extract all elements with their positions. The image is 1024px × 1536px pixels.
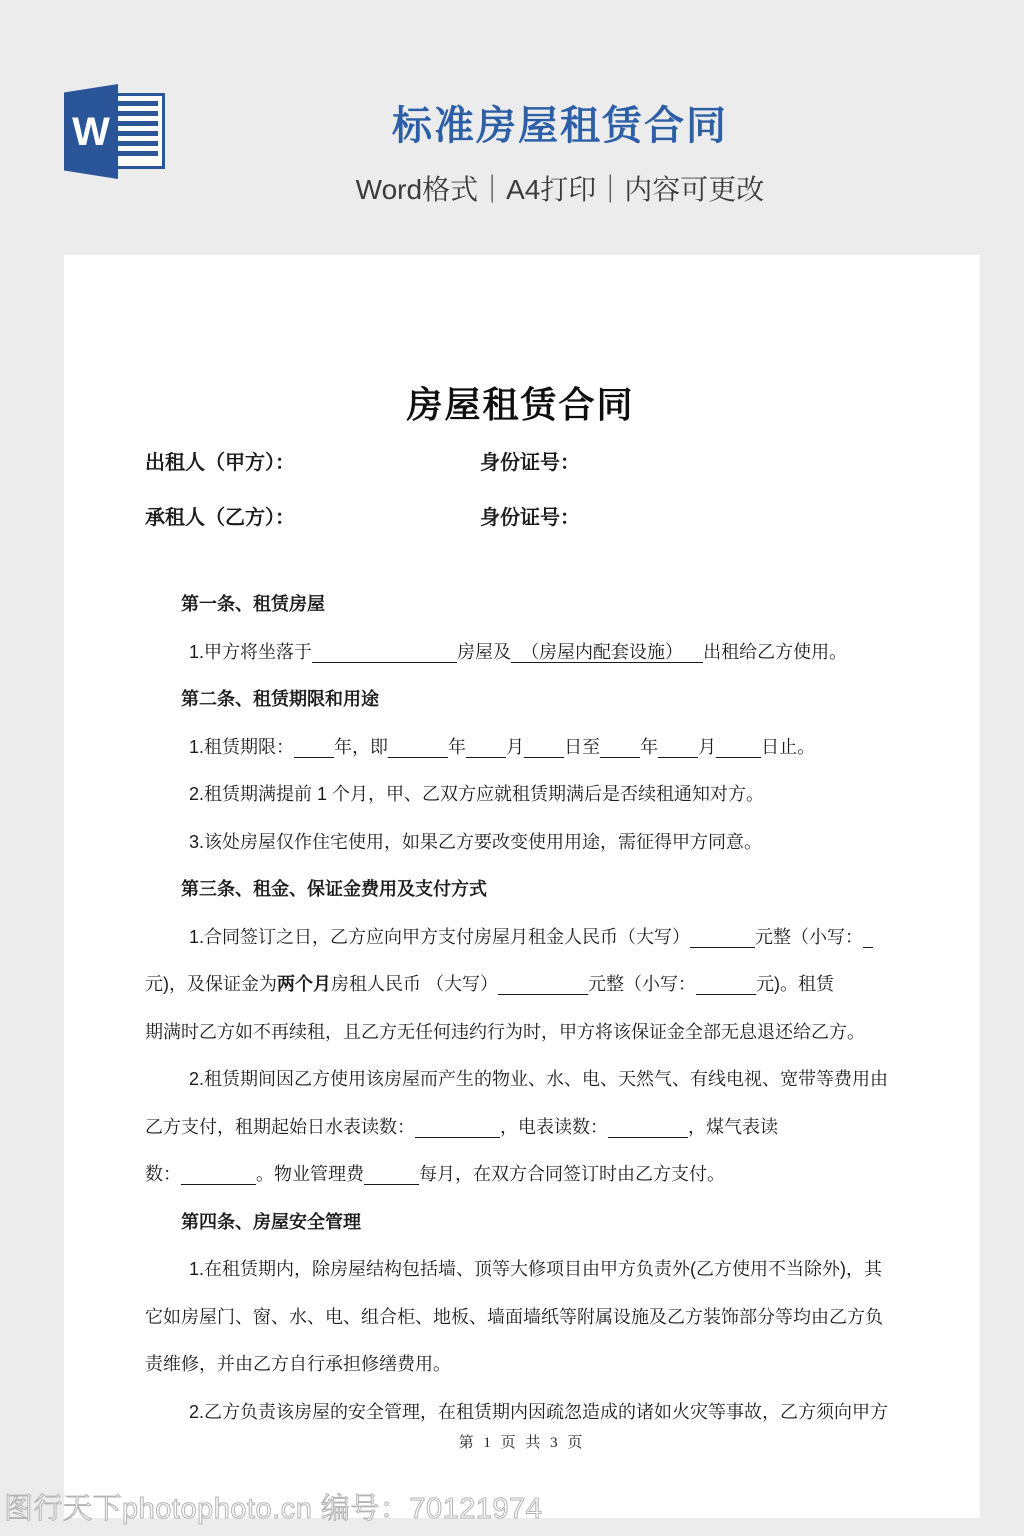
contract-text: 元整（小写： bbox=[588, 974, 696, 994]
contract-text: 两个月 bbox=[277, 974, 331, 994]
fill-in-blank bbox=[415, 1117, 500, 1138]
contract-line: 2.租赁期满提前 1 个月，甲、乙双方应就租赁期满后是否续租通知对方。 bbox=[145, 771, 896, 819]
contract-text: 元整（小写： bbox=[755, 927, 863, 947]
contract-text: 。物业管理费 bbox=[256, 1164, 364, 1184]
contract-text: 房屋及 bbox=[457, 642, 511, 662]
contract-text: 元)，及保证金为 bbox=[145, 974, 277, 994]
header: W 标准房屋租赁合同 Word格式｜A4打印｜内容可更改 bbox=[0, 0, 1024, 255]
contract-line: 它如房屋门、窗、水、电、组合柜、地板、墙面墙纸等附属设施及乙方装饰部分等均由乙方… bbox=[145, 1294, 896, 1342]
contract-text: 1.在租赁期内，除房屋结构包括墙、顶等大修项目由甲方负责外(乙方使用不当除外)，… bbox=[189, 1259, 882, 1279]
contract-text: 月 bbox=[698, 737, 716, 757]
contract-text: 2.租赁期间因乙方使用该房屋而产生的物业、水、电、天然气、有线电视、宽带等费用由 bbox=[189, 1069, 888, 1089]
contract-text: 日至 bbox=[564, 737, 600, 757]
contract-section-heading: 第二条、租赁期限和用途 bbox=[145, 676, 896, 724]
contract-line: 2.乙方负责该房屋的安全管理，在租赁期内因疏忽造成的诸如火灾等事故，乙方须向甲方 bbox=[145, 1389, 896, 1437]
lessee-id-label: 身份证号： bbox=[480, 505, 580, 531]
fill-in-blank bbox=[690, 927, 755, 948]
template-subtitle: Word格式｜A4打印｜内容可更改 bbox=[96, 168, 1024, 208]
contract-text: 期满时乙方如不再续租，且乙方无任何违约行为时，甲方将该保证金全部无息退还给乙方。 bbox=[145, 1022, 865, 1042]
contract-text: 2.租赁期满提前 1 个月，甲、乙双方应就租赁期满后是否续租通知对方。 bbox=[189, 784, 764, 804]
contract-text: 年 bbox=[448, 737, 466, 757]
template-title: 标准房屋租赁合同 bbox=[96, 94, 1024, 151]
document-page: 房屋租赁合同 出租人（甲方）： 身份证号： 承租人（乙方）： 身份证号： 第一条… bbox=[64, 255, 980, 1518]
contract-text: 第四条、房屋安全管理 bbox=[181, 1212, 361, 1232]
contract-line: 1.租赁期限： 年，即 年 月 日至 年 月 日止。 bbox=[145, 724, 896, 772]
fill-in-blank bbox=[294, 737, 334, 758]
contract-title: 房屋租赁合同 bbox=[145, 383, 896, 427]
contract-text: ，煤气表读 bbox=[688, 1117, 778, 1137]
fill-in-blank bbox=[658, 737, 698, 758]
contract-text: 年 bbox=[640, 737, 658, 757]
party-row-lessor: 出租人（甲方）： 身份证号： bbox=[145, 450, 896, 476]
contract-text: 每月，在双方合同签订时由乙方支付。 bbox=[419, 1164, 725, 1184]
contract-text: 第二条、租赁期限和用途 bbox=[181, 689, 379, 709]
fill-in-blank bbox=[388, 737, 448, 758]
fill-in-blank: （房屋内配套设施） bbox=[521, 642, 683, 663]
contract-text: 月 bbox=[506, 737, 524, 757]
contract-line: 1.甲方将坐落于 房屋及 （房屋内配套设施） 出租给乙方使用。 bbox=[145, 629, 896, 677]
contract-text: 房租人民币 （大写） bbox=[331, 974, 498, 994]
fill-in-blank bbox=[511, 642, 521, 663]
header-text: 标准房屋租赁合同 Word格式｜A4打印｜内容可更改 bbox=[0, 94, 1024, 208]
party-row-lessee: 承租人（乙方）： 身份证号： bbox=[145, 505, 896, 531]
fill-in-blank bbox=[696, 974, 756, 995]
contract-line: 1.合同签订之日，乙方应向甲方支付房屋月租金人民币（大写） 元整（小写： bbox=[145, 914, 896, 962]
contract-text: 3.该处房屋仅作住宅使用，如果乙方要改变使用用途，需征得甲方同意。 bbox=[189, 832, 762, 852]
fill-in-blank bbox=[524, 737, 564, 758]
lessor-id-label: 身份证号： bbox=[480, 450, 580, 476]
contract-text: ，电表读数： bbox=[500, 1117, 608, 1137]
contract-text: 它如房屋门、窗、水、电、组合柜、地板、墙面墙纸等附属设施及乙方装饰部分等均由乙方… bbox=[145, 1307, 883, 1327]
contract-section-heading: 第一条、租赁房屋 bbox=[145, 581, 896, 629]
fill-in-blank bbox=[466, 737, 506, 758]
lessee-label: 承租人（乙方）： bbox=[145, 505, 480, 531]
lessor-label: 出租人（甲方）： bbox=[145, 450, 480, 476]
fill-in-blank bbox=[364, 1164, 419, 1185]
contract-section-heading: 第三条、租金、保证金费用及支付方式 bbox=[145, 866, 896, 914]
fill-in-blank bbox=[683, 642, 703, 663]
contract-text: 数： bbox=[145, 1164, 181, 1184]
contract-line: 元)，及保证金为两个月房租人民币 （大写） 元整（小写： 元)。租赁 bbox=[145, 961, 896, 1009]
contract-line: 3.该处房屋仅作住宅使用，如果乙方要改变使用用途，需征得甲方同意。 bbox=[145, 819, 896, 867]
contract-text: 年，即 bbox=[334, 737, 388, 757]
contract-line: 数： 。物业管理费 每月，在双方合同签订时由乙方支付。 bbox=[145, 1151, 896, 1199]
fill-in-blank bbox=[181, 1164, 256, 1185]
contract-text: 日止。 bbox=[761, 737, 815, 757]
fill-in-blank bbox=[608, 1117, 688, 1138]
contract-text: 1.合同签订之日，乙方应向甲方支付房屋月租金人民币（大写） bbox=[189, 927, 690, 947]
contract-line: 2.租赁期间因乙方使用该房屋而产生的物业、水、电、天然气、有线电视、宽带等费用由 bbox=[145, 1056, 896, 1104]
contract-line: 责维修，并由乙方自行承担修缮费用。 bbox=[145, 1341, 896, 1389]
contract-text: 1.租赁期限： bbox=[189, 737, 294, 757]
contract-text: 责维修，并由乙方自行承担修缮费用。 bbox=[145, 1354, 451, 1374]
contract-text: 1.甲方将坐落于 bbox=[189, 642, 312, 662]
contract-line: 1.在租赁期内，除房屋结构包括墙、顶等大修项目由甲方负责外(乙方使用不当除外)，… bbox=[145, 1246, 896, 1294]
parties-block: 出租人（甲方）： 身份证号： 承租人（乙方）： 身份证号： bbox=[145, 449, 896, 531]
fill-in-blank bbox=[498, 974, 588, 995]
document-content: 房屋租赁合同 出租人（甲方）： 身份证号： 承租人（乙方）： 身份证号： 第一条… bbox=[64, 255, 980, 1436]
contract-text: 第三条、租金、保证金费用及支付方式 bbox=[181, 879, 487, 899]
contract-body: 第一条、租赁房屋1.甲方将坐落于 房屋及 （房屋内配套设施） 出租给乙方使用。第… bbox=[145, 581, 896, 1436]
contract-section-heading: 第四条、房屋安全管理 bbox=[145, 1199, 896, 1247]
contract-text: 出租给乙方使用。 bbox=[703, 642, 847, 662]
fill-in-blank bbox=[312, 642, 457, 663]
fill-in-blank bbox=[863, 927, 873, 948]
contract-line: 乙方支付，租期起始日水表读数： ，电表读数： ，煤气表读 bbox=[145, 1104, 896, 1152]
fill-in-blank bbox=[716, 737, 761, 758]
watermark-text: 图行天下photophoto.cn 编号：70121974 bbox=[4, 1486, 542, 1527]
contract-line: 期满时乙方如不再续租，且乙方无任何违约行为时，甲方将该保证金全部无息退还给乙方。 bbox=[145, 1009, 896, 1057]
fill-in-blank bbox=[600, 737, 640, 758]
contract-text: 2.乙方负责该房屋的安全管理，在租赁期内因疏忽造成的诸如火灾等事故，乙方须向甲方 bbox=[189, 1402, 888, 1422]
contract-text: 乙方支付，租期起始日水表读数： bbox=[145, 1117, 415, 1137]
page-number-footer: 第 1 页 共 3 页 bbox=[64, 1431, 980, 1452]
contract-text: 元)。租赁 bbox=[756, 974, 834, 994]
contract-text: 第一条、租赁房屋 bbox=[181, 594, 325, 614]
